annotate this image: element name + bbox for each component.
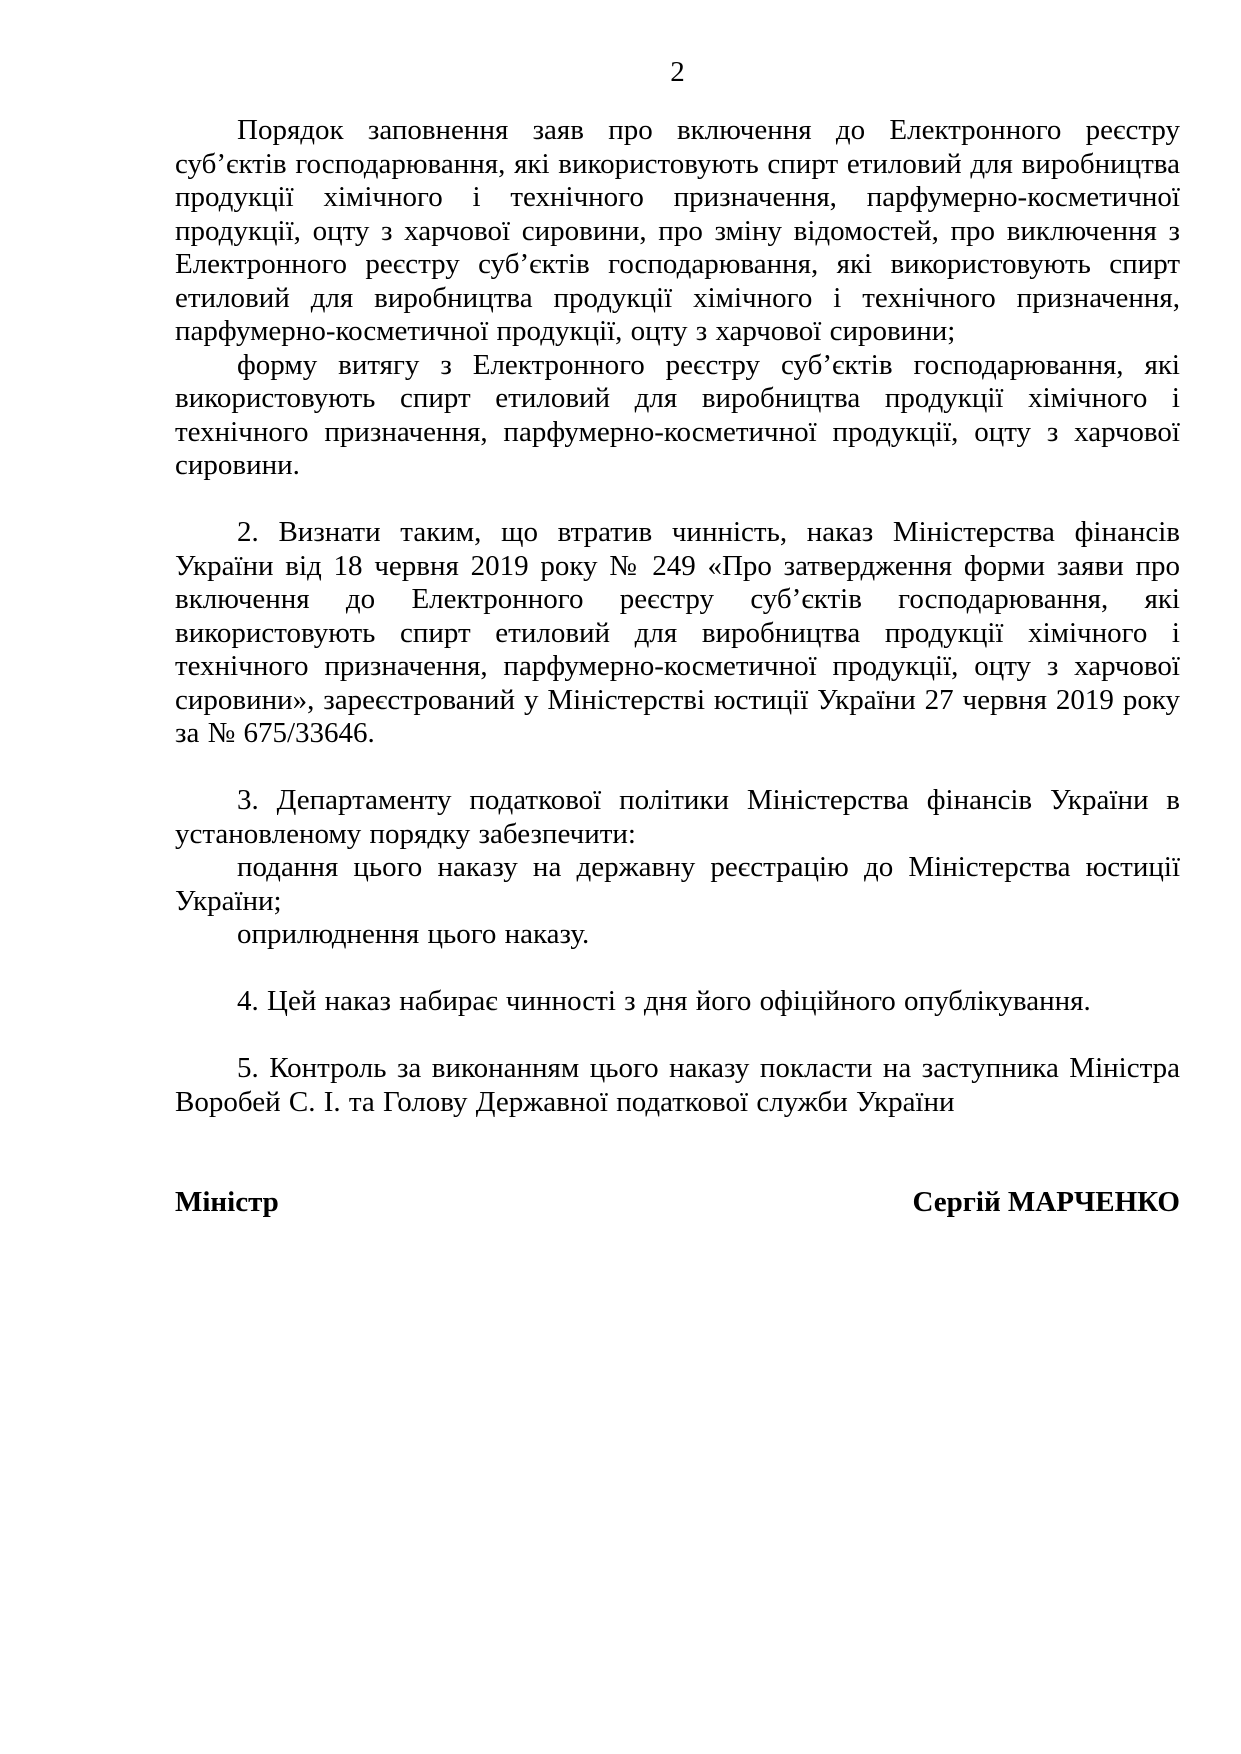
paragraph-order-filling-applications: Порядок заповнення заяв про включення до…: [175, 114, 1180, 349]
paragraph-state-registration: подання цього наказу на державну реєстра…: [175, 851, 1180, 918]
paragraph-extract-form: форму витягу з Електронного реєстру суб’…: [175, 349, 1180, 483]
signature-title: Міністр: [175, 1186, 279, 1220]
signature-row: Міністр Сергій МАРЧЕНКО: [175, 1186, 1180, 1220]
document-page: 2 Порядок заповнення заяв про включення …: [0, 0, 1241, 1754]
signature-name: Сергій МАРЧЕНКО: [912, 1186, 1180, 1220]
paragraph-item-3-department: 3. Департаменту податкової політики Міні…: [175, 784, 1180, 851]
paragraph-item-2-repeal: 2. Визнати таким, що втратив чинність, н…: [175, 516, 1180, 751]
paragraph-item-5-control: 5. Контроль за виконанням цього наказу п…: [175, 1052, 1180, 1119]
page-number: 2: [175, 56, 1180, 90]
paragraph-item-4-entry-into-force: 4. Цей наказ набирає чинності з дня його…: [175, 985, 1180, 1019]
paragraph-publication: оприлюднення цього наказу.: [175, 918, 1180, 952]
document-body: Порядок заповнення заяв про включення до…: [175, 114, 1180, 1220]
